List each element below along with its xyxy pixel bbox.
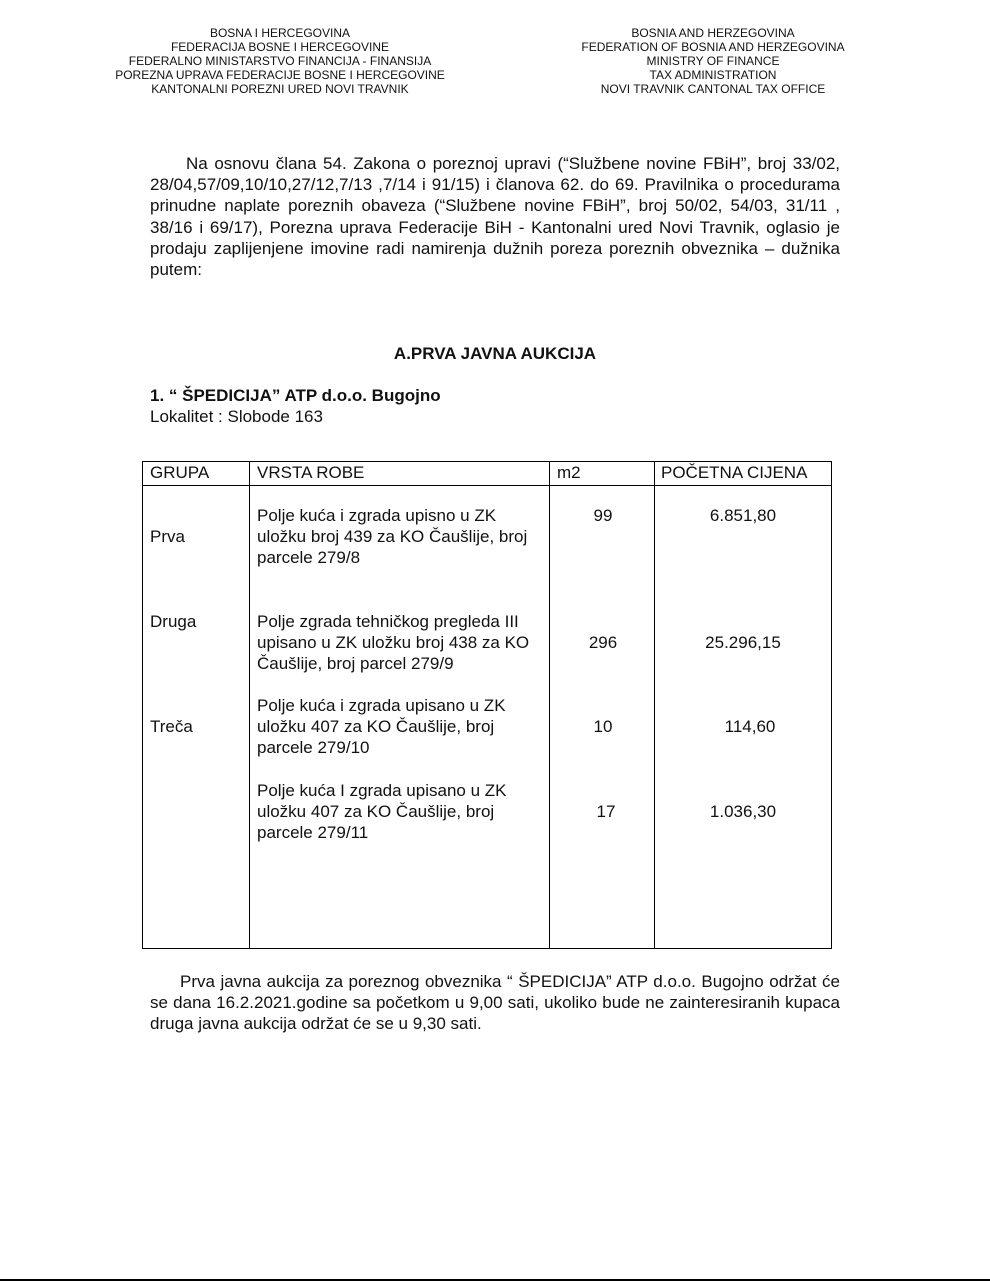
- header-line: TAX ADMINISTRATION: [560, 68, 866, 82]
- header-line: BOSNA I HERCEGOVINA: [100, 26, 460, 40]
- header-line: NOVI TRAVNIK CANTONAL TAX OFFICE: [560, 82, 866, 96]
- header-line: MINISTRY OF FINANCE: [560, 54, 866, 68]
- row-group: Treča: [150, 716, 193, 737]
- intro-paragraph: Na osnovu člana 54. Zakona o poreznoj up…: [150, 153, 840, 280]
- header-line: POREZNA UPRAVA FEDERACIJE BOSNE I HERCEG…: [100, 68, 460, 82]
- row-description: Polje kuća i zgrada upisano u ZK uložku …: [257, 695, 547, 759]
- row-group: Prva: [150, 526, 185, 547]
- page-bottom-border: [0, 1279, 990, 1281]
- header-goods-type: VRSTA ROBE: [257, 463, 364, 483]
- column-divider: [654, 462, 655, 948]
- row-price: 6.851,80: [655, 505, 831, 526]
- header-line: KANTONALNI POREZNI URED NOVI TRAVNIK: [100, 82, 460, 96]
- header-starting-price: POČETNA CIJENA: [661, 463, 807, 483]
- row-price: 1.036,30: [655, 801, 831, 822]
- row-m2: 296: [550, 632, 656, 653]
- auction-table: GRUPA VRSTA ROBE m2 POČETNA CIJENA Prva …: [142, 461, 832, 949]
- column-divider: [249, 462, 250, 948]
- row-m2: 10: [550, 716, 656, 737]
- row-m2: 17: [550, 801, 656, 822]
- row-description: Polje kuća i zgrada upisno u ZK uložku b…: [257, 505, 547, 569]
- final-paragraph: Prva javna aukcija za poreznog obveznika…: [150, 971, 840, 1035]
- item-location: Lokalitet : Slobode 163: [150, 407, 323, 427]
- item-title: 1. “ ŠPEDICIJA” ATP d.o.o. Bugojno: [150, 386, 441, 406]
- section-title: A.PRVA JAVNA AUKCIJA: [150, 344, 840, 364]
- header-right-english: BOSNIA AND HERZEGOVINA FEDERATION OF BOS…: [560, 26, 866, 96]
- header-left-bosnian: BOSNA I HERCEGOVINA FEDERACIJA BOSNE I H…: [100, 26, 460, 96]
- row-m2: 99: [550, 505, 656, 526]
- header-m2: m2: [557, 463, 581, 483]
- row-description: Polje kuća I zgrada upisano u ZK uložku …: [257, 780, 547, 844]
- row-price: 114,60: [655, 716, 831, 737]
- column-divider: [549, 462, 550, 948]
- header-line: FEDERALNO MINISTARSTVO FINANCIJA - FINAN…: [100, 54, 460, 68]
- header-group: GRUPA: [150, 463, 209, 483]
- header-line: BOSNIA AND HERZEGOVINA: [560, 26, 866, 40]
- header-line: FEDERATION OF BOSNIA AND HERZEGOVINA: [560, 40, 866, 54]
- row-description: Polje zgrada tehničkog pregleda III upis…: [257, 611, 547, 675]
- header-line: FEDERACIJA BOSNE I HERCEGOVINE: [100, 40, 460, 54]
- row-group: Druga: [150, 611, 196, 632]
- header-divider: [143, 485, 831, 486]
- row-price: 25.296,15: [655, 632, 831, 653]
